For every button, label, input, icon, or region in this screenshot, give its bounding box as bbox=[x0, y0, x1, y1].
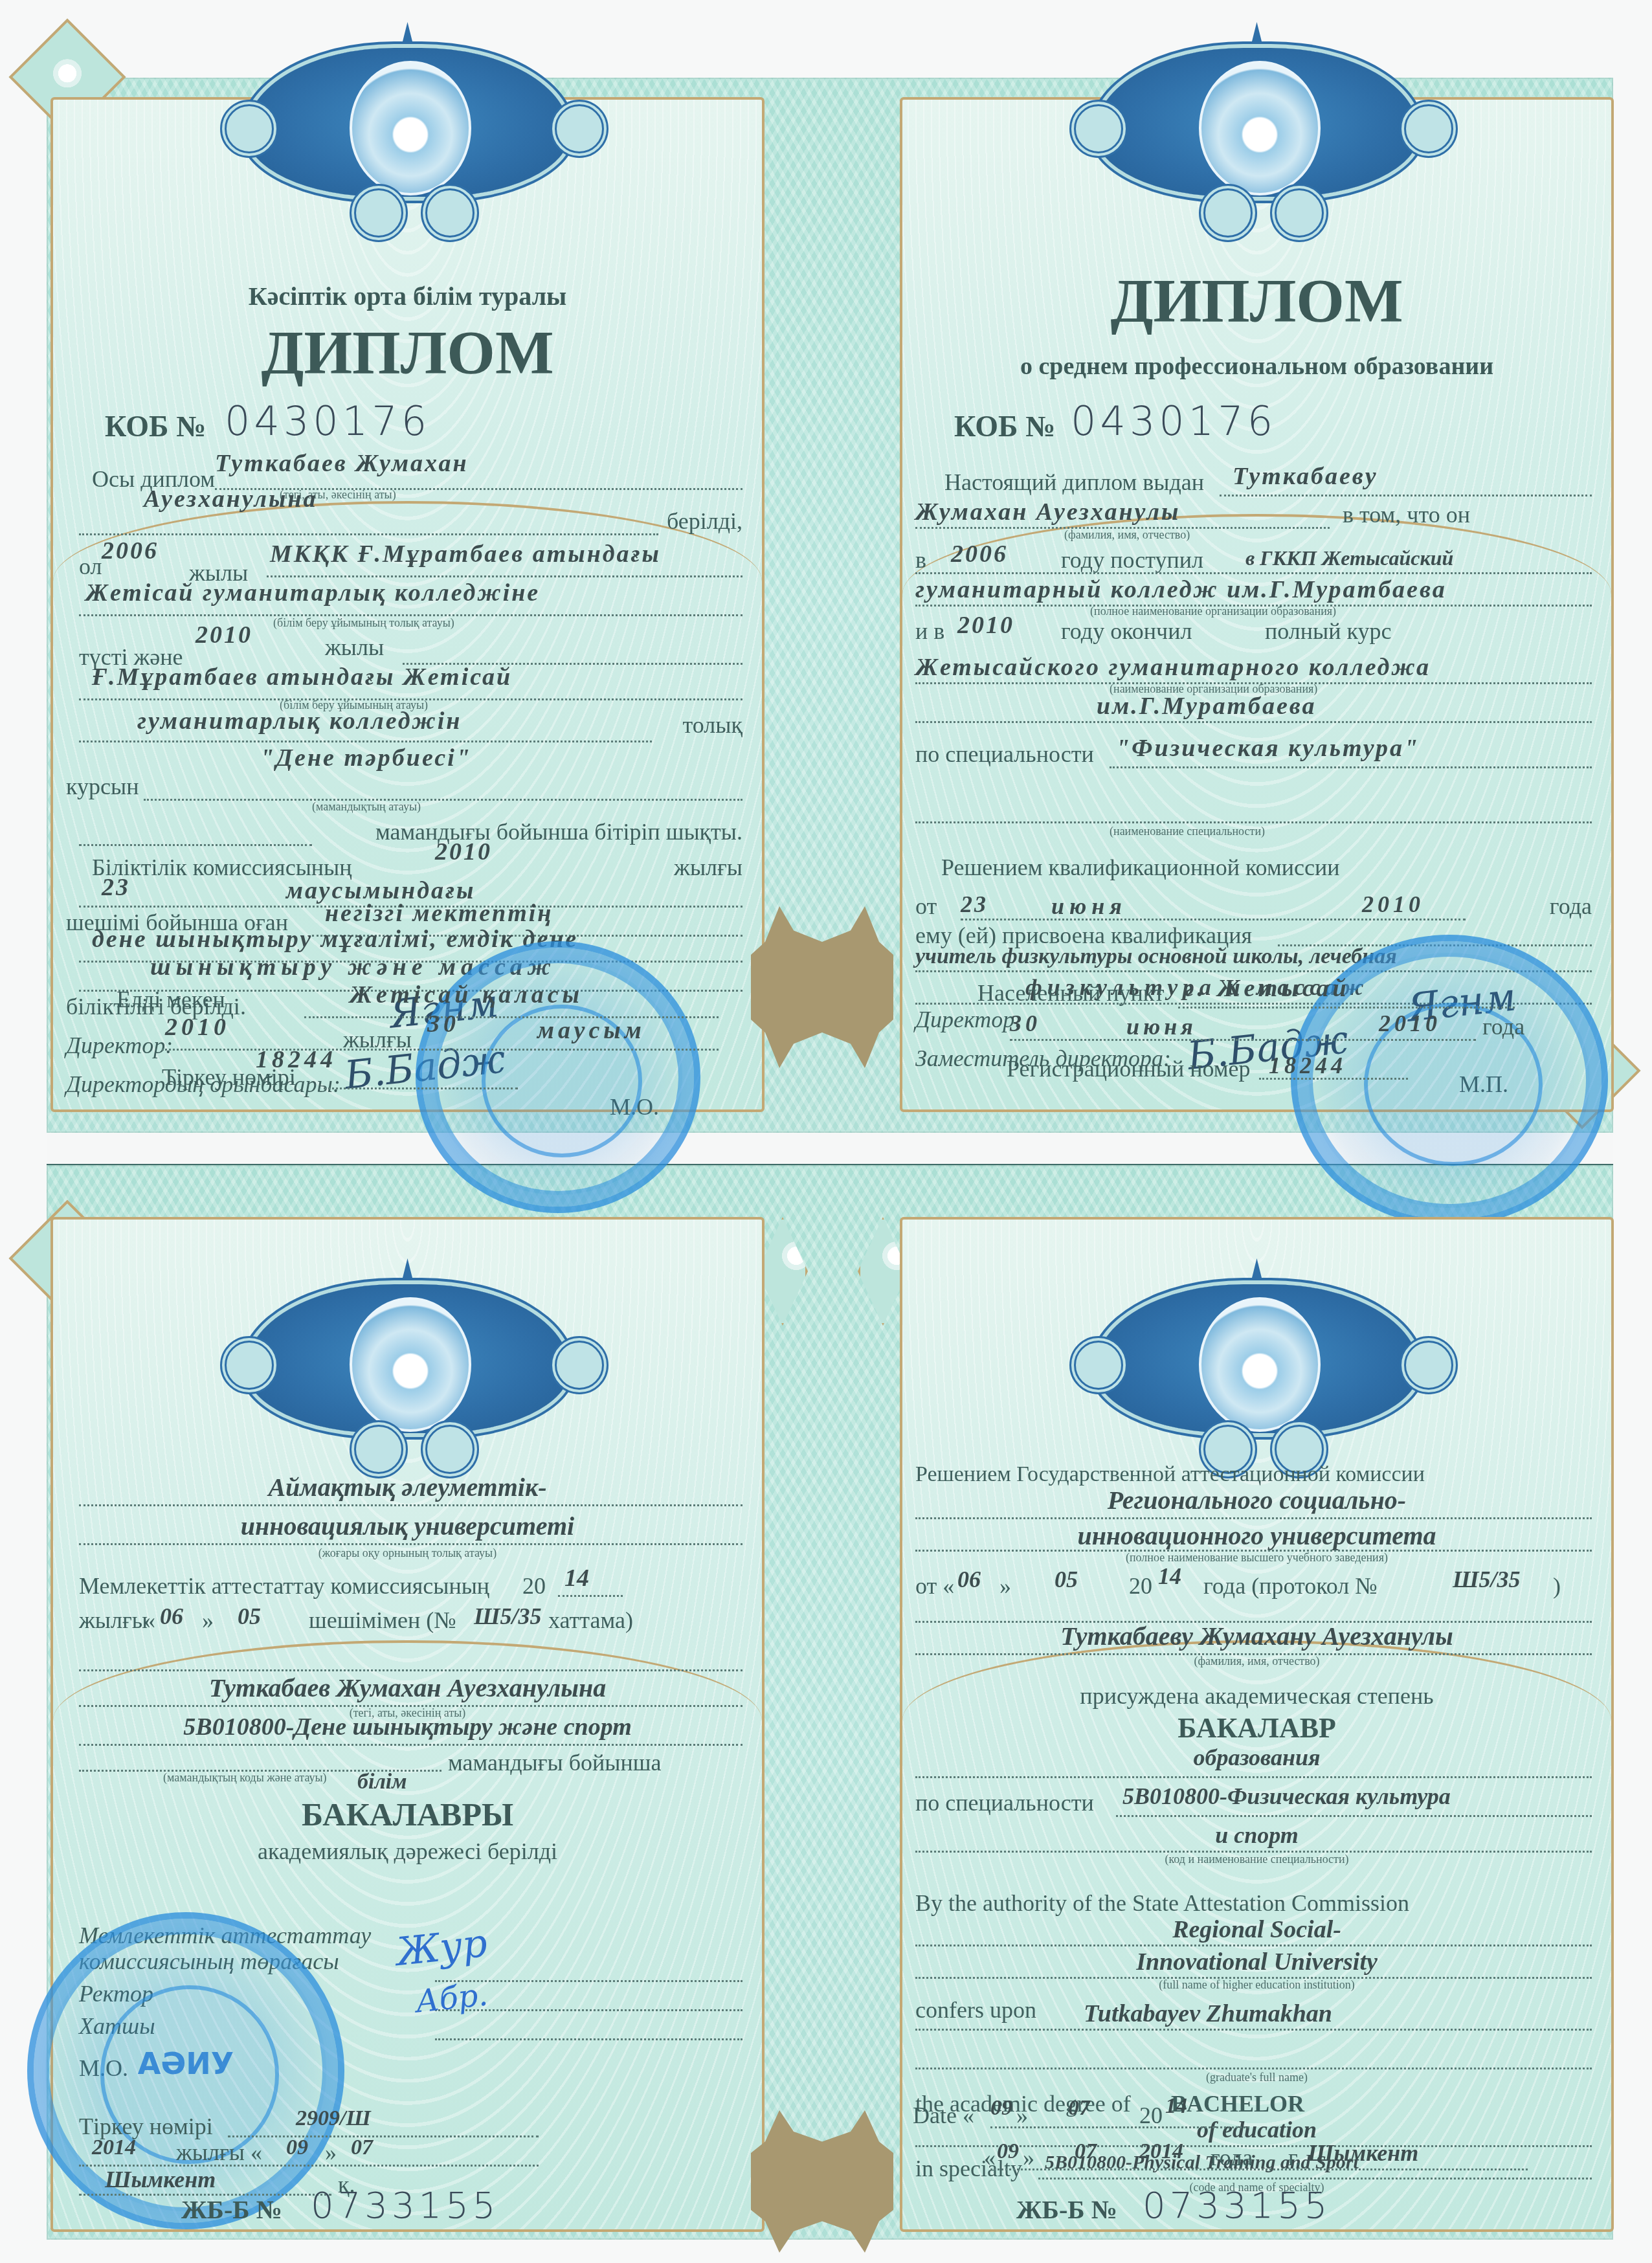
en-date-month: 07 bbox=[1068, 2096, 1090, 2121]
commission-label: Решением Государственной аттестационной … bbox=[915, 1462, 1425, 1487]
year-century: 20 bbox=[1129, 1572, 1152, 1600]
issued-label: Настоящий диплом выдан bbox=[944, 469, 1204, 496]
series-label: ЖБ-Б № bbox=[181, 2194, 282, 2225]
issue-year: 2010 bbox=[165, 1013, 230, 1042]
ru-date-year: 2014 bbox=[1139, 2139, 1183, 2164]
registration-number: 18244 bbox=[1269, 1052, 1346, 1079]
year-word: года bbox=[1211, 2144, 1253, 2171]
locality-label: Елді мекен bbox=[117, 986, 225, 1013]
graduation-year: 2010 bbox=[195, 621, 252, 649]
director-label: Директор: bbox=[66, 1032, 173, 1059]
qualification-line1: негізгі мектептің bbox=[325, 899, 553, 928]
locality-label: Населенный пункт bbox=[977, 979, 1165, 1007]
director-label: Директор: bbox=[915, 1006, 1022, 1033]
protocol-number: Ш5/35 bbox=[474, 1603, 542, 1630]
city-prefix: г. bbox=[1288, 2144, 1301, 2171]
secretary-signature: Абр. bbox=[414, 1976, 489, 2020]
year-word: жылы bbox=[325, 634, 384, 661]
issue-month: июня bbox=[1126, 1013, 1197, 1040]
issued-word: берілді, bbox=[667, 507, 742, 535]
specialty-name: "Физическая культура" bbox=[1116, 734, 1420, 763]
year-century: 20 bbox=[522, 1572, 546, 1600]
year-word: жылғы bbox=[674, 854, 742, 881]
en-name-caption: (graduate's full name) bbox=[902, 2071, 1611, 2084]
specialty-caption: (мамандықтың коды және атауы) bbox=[163, 1771, 327, 1785]
series-label: КОБ № bbox=[105, 409, 206, 443]
diploma-title: ДИПЛОМ bbox=[53, 317, 762, 388]
graduate-name-line2: Ауезханулына bbox=[144, 485, 318, 513]
org-caption: (полное наименование организации образов… bbox=[1090, 605, 1336, 618]
university-caption: (полное наименование высшего учебного за… bbox=[902, 1551, 1611, 1565]
and-in-label: и в bbox=[915, 618, 944, 645]
series-number: 0430176 bbox=[1071, 397, 1277, 445]
college2-name-line1: Ғ.Мұратбаев атындағы Жетісай bbox=[92, 663, 512, 691]
specialty-name: 5B010800-Дене шынықтыру және спорт bbox=[53, 1713, 762, 1741]
commission-year: 2010 bbox=[1362, 891, 1424, 918]
entered-label: году поступил bbox=[1061, 546, 1203, 574]
series-number: 0733155 bbox=[311, 2185, 499, 2227]
course-label: курсын bbox=[66, 773, 139, 800]
specialty-line2: и спорт bbox=[902, 1822, 1611, 1849]
name-caption: (фамилия, имя, отчество) bbox=[1064, 528, 1190, 542]
graduation-year: 2010 bbox=[957, 611, 1014, 640]
specialty-caption: (наименование специальности) bbox=[1110, 825, 1265, 838]
specialty-label: по специальности bbox=[915, 1789, 1094, 1816]
specialty-name: "Дене тәрбиесі" bbox=[260, 744, 472, 772]
decision-month: 05 bbox=[238, 1603, 261, 1630]
year-word: жылғы « bbox=[176, 2139, 262, 2166]
year-protocol-label: года (протокол № bbox=[1203, 1572, 1378, 1600]
issue-day: 30 bbox=[427, 1010, 460, 1038]
kazakhstan-emblem-icon bbox=[220, 22, 596, 236]
college2-name-line2: гуманитарлық колледжін bbox=[137, 707, 462, 735]
university-logo-mark: АӘИУ bbox=[34, 2046, 338, 2081]
graduate-name-line1: Туткабаеву bbox=[1233, 462, 1378, 491]
commission-month: июня bbox=[1051, 893, 1127, 920]
en-university-line1: Regional Social- bbox=[902, 1915, 1611, 1944]
en-degree-title: BACHELOR bbox=[1171, 2090, 1304, 2117]
commission-day: 23 bbox=[961, 891, 988, 918]
diploma-heading: Кәсіптік орта білім туралы bbox=[53, 281, 762, 311]
year-word: жылғы bbox=[79, 1607, 148, 1634]
org2-name-line2: им.Г.Муратбаева bbox=[1097, 692, 1317, 720]
that-label: в том, что он bbox=[1343, 501, 1470, 528]
registration-label: Регистрационный номер bbox=[1007, 1055, 1251, 1082]
specialty-suffix: мамандығы бойынша bbox=[448, 1749, 661, 1776]
university-name-line2: инновациялық университеті bbox=[53, 1511, 762, 1541]
en-confers-label: confers upon bbox=[915, 1996, 1036, 2023]
college-caption: (білім беру ұйымының толық атауы) bbox=[273, 616, 454, 630]
enrollment-year: 2006 bbox=[102, 537, 159, 565]
college-name-line1: МКҚК Ғ.Мұратбаев атындағы bbox=[270, 540, 661, 568]
ru-date-day: 09 bbox=[997, 2139, 1019, 2164]
decision-day: 06 bbox=[160, 1603, 183, 1630]
college-name-line2: Жетісай гуманитарлық колледжіне bbox=[85, 579, 540, 607]
university-caption: (жоғары оқу орнының толық атауы) bbox=[53, 1546, 762, 1560]
protocol-number: Ш5/35 bbox=[1453, 1566, 1521, 1593]
locality: Жетісай қаласы bbox=[350, 981, 583, 1009]
year-word: года bbox=[1482, 1013, 1524, 1040]
protocol-word: хаттама) bbox=[548, 1607, 633, 1634]
issue-month: 07 bbox=[351, 2135, 373, 2160]
year-suffix: 14 bbox=[564, 1564, 589, 1592]
specialty-caption: (код и наименование специальности) bbox=[902, 1853, 1611, 1866]
degree-field: білім bbox=[357, 1770, 407, 1794]
issue-year: 2010 bbox=[1379, 1010, 1441, 1037]
decision-day: 06 bbox=[957, 1566, 981, 1593]
graduated-text: мамандығы бойынша бітіріп шықты. bbox=[375, 818, 742, 845]
graduate-name-line2: Жумахан Ауезханулы bbox=[915, 498, 1180, 526]
diploma-page-kz-college: Кәсіптік орта білім туралы ДИПЛОМ КОБ № … bbox=[50, 97, 765, 1112]
university-name-line1: Регионального социально- bbox=[902, 1485, 1611, 1515]
city: Шымкент bbox=[105, 2166, 216, 2193]
degree-field: образования bbox=[902, 1744, 1611, 1771]
degree-title: БАКАЛАВР bbox=[902, 1711, 1611, 1745]
en-authority-text: By the authority of the State Attestatio… bbox=[915, 1890, 1409, 1917]
en-graduate-name: Tutkabayev Zhumakhan bbox=[1084, 2000, 1332, 2028]
finished-label: году окончил bbox=[1061, 618, 1192, 645]
commission-label: Решением квалификационной комиссии bbox=[941, 854, 1339, 881]
commission-day: 23 bbox=[102, 873, 130, 902]
en-date-year-suffix: 14 bbox=[1165, 2094, 1187, 2119]
registration-number: 2909/Ш bbox=[296, 2106, 371, 2131]
en-date-label: Date « bbox=[913, 2102, 974, 2129]
diploma-title: ДИПЛОМ bbox=[902, 265, 1611, 337]
diploma-page-ru-en-bachelor: Решением Государственной аттестационной … bbox=[900, 1217, 1614, 2232]
enrollment-year: 2006 bbox=[951, 540, 1008, 568]
in-label: в bbox=[915, 546, 926, 574]
decision-label: шешімімен (№ bbox=[309, 1607, 456, 1634]
kazakhstan-emblem-icon bbox=[1069, 1258, 1445, 1472]
name-caption: (фамилия, имя, отчество) bbox=[902, 1655, 1611, 1668]
graduate-name: Туткабаев Жумахан Ауезханулына bbox=[53, 1673, 762, 1703]
university-name-line1: Аймақтық әлеуметтік- bbox=[53, 1472, 762, 1502]
degree-title: БАКАЛАВРЫ bbox=[53, 1796, 762, 1833]
awarded-label: присуждена академическая степень bbox=[902, 1682, 1611, 1710]
org-name-line1: в ГККП Жетысайский bbox=[1245, 546, 1453, 570]
full-course-label: полный курс bbox=[1265, 618, 1391, 645]
ru-date-month: 07 bbox=[1075, 2139, 1097, 2164]
en-university-caption: (full name of higher education instituti… bbox=[902, 1978, 1611, 1992]
kazakhstan-emblem-icon bbox=[1069, 22, 1445, 236]
kazakhstan-emblem-icon bbox=[220, 1258, 596, 1472]
specialty-line1: 5B010800-Физическая культура bbox=[1122, 1783, 1451, 1810]
issue-year: 2014 bbox=[92, 2135, 136, 2160]
graduate-name-line1: Туткабаев Жумахан bbox=[215, 449, 469, 478]
qualification-line2: дене шынықтыру мұғалімі, емдік дене bbox=[92, 925, 578, 953]
city: Шымкент bbox=[1308, 2139, 1418, 2167]
commission-label: Мемлекеттік аттестаттау комиссиясының bbox=[79, 1572, 489, 1600]
graduate-name: Туткабаеву Жумахану Ауезханулы bbox=[902, 1621, 1611, 1651]
series-label: ЖБ-Б № bbox=[1016, 2194, 1117, 2225]
registration-label: Тіркеу нөмірі bbox=[162, 1064, 296, 1091]
he-label: ол bbox=[79, 553, 102, 580]
en-university-line2: Innovational University bbox=[902, 1948, 1611, 1976]
from-label: от « bbox=[915, 1572, 954, 1600]
specialty-label: по специальности bbox=[915, 741, 1094, 768]
locality: г. Жетысай bbox=[1185, 974, 1350, 1003]
year-word: года bbox=[1550, 893, 1592, 920]
commission-year: 2010 bbox=[435, 838, 492, 866]
decision-month: 05 bbox=[1055, 1566, 1078, 1593]
specialty-caption: (мамандықтың атауы) bbox=[312, 800, 421, 814]
series-number: 0430176 bbox=[225, 397, 430, 445]
org2-name-line1: Жетысайского гуманитарного колледжа bbox=[915, 653, 1431, 682]
degree-given: академиялық дәрежесі берілді bbox=[53, 1838, 762, 1865]
diploma-page-ru-college: ДИПЛОМ о среднем профессиональном образо… bbox=[900, 97, 1614, 1112]
org-name-line2: гуманитарный колледж им.Г.Муратбаева bbox=[915, 575, 1447, 604]
issue-month: маусым bbox=[537, 1016, 645, 1045]
university-name-line2: инновационного университета bbox=[902, 1521, 1611, 1551]
diploma-subtitle: о среднем профессиональном образовании bbox=[902, 352, 1611, 381]
en-date-day: 09 bbox=[990, 2096, 1012, 2121]
series-label: КОБ № bbox=[954, 409, 1055, 443]
issue-day: 30 bbox=[1010, 1010, 1041, 1037]
year-suffix: 14 bbox=[1158, 1563, 1181, 1590]
qualification-line1: учитель физкультуры основной школы, лече… bbox=[915, 944, 1397, 969]
diploma-page-kz-bachelor: Аймақтық әлеуметтік- инновациялық универ… bbox=[50, 1217, 765, 2232]
series-number: 0733155 bbox=[1143, 2185, 1331, 2227]
from-label: от bbox=[915, 893, 937, 920]
chair-signature: Жур bbox=[394, 1921, 489, 1975]
en-date-century: 20 bbox=[1139, 2102, 1163, 2129]
issue-day: 09 bbox=[286, 2135, 308, 2160]
full-word: толық bbox=[683, 711, 742, 739]
